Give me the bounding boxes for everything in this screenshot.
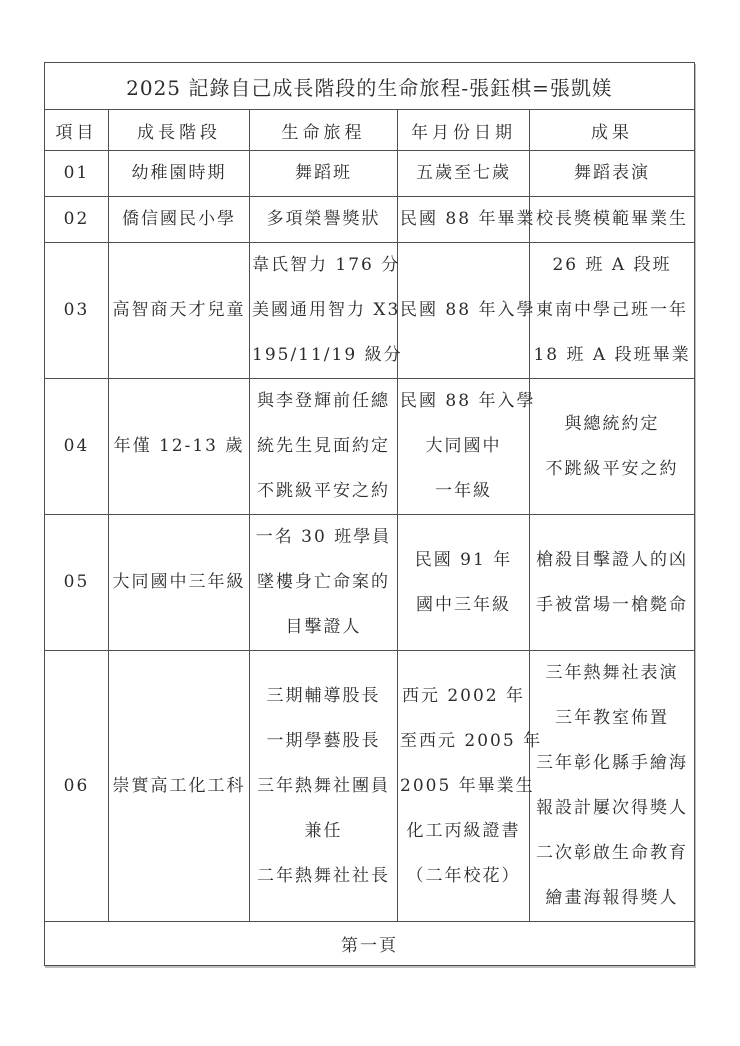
cell-line: 民國 91 年 [400, 538, 527, 583]
cell-journey: 與李登輝前任總統先生見面約定不跳級平安之約 [250, 379, 398, 515]
table-row: 05大同國中三年級一名 30 班學員墜樓身亡命案的目擊證人民國 91 年國中三年… [45, 515, 695, 651]
cell-date: 西元 2002 年至西元 2005 年2005 年畢業生化工丙級證書（二年校花） [398, 651, 530, 922]
table-row: 01幼稚園時期舞蹈班五歲至七歲舞蹈表演 [45, 151, 695, 197]
footer-row: 第一頁 [45, 922, 695, 966]
document-page: 2025 記錄自己成長階段的生命旅程-張鈺棋=張凱媄 項目成長階段生命旅程年月份… [0, 0, 740, 1046]
cell-item: 02 [45, 197, 109, 243]
cell-item: 05 [45, 515, 109, 651]
column-header-date: 年月份日期 [398, 110, 530, 151]
cell-line: 美國通用智力 X3 [252, 288, 395, 333]
cell-line: 三期輔導股長 [252, 674, 395, 719]
cell-result: 26 班 A 段班東南中學己班一年18 班 A 段班畢業 [530, 243, 695, 379]
cell-result: 三年熱舞社表演三年教室佈置三年彰化縣手繪海報設計屢次得獎人二次彰啟生命教育繪畫海… [530, 651, 695, 922]
cell-line: 目擊證人 [252, 605, 395, 650]
table-row: 02僑信國民小學多項榮譽獎狀民國 88 年畢業校長獎模範畢業生 [45, 197, 695, 243]
cell-stage: 僑信國民小學 [109, 197, 250, 243]
cell-line: 五歲至七歲 [400, 151, 527, 196]
cell-line: 槍殺目擊證人的凶 [532, 538, 692, 583]
cell-stage: 高智商天才兒童 [109, 243, 250, 379]
cell-result: 舞蹈表演 [530, 151, 695, 197]
cell-line: 二次彰啟生命教育 [532, 831, 692, 876]
cell-item: 01 [45, 151, 109, 197]
cell-line: 三年熱舞社表演 [532, 651, 692, 696]
cell-line: 01 [47, 151, 106, 196]
cell-result: 槍殺目擊證人的凶手被當場一槍斃命 [530, 515, 695, 651]
cell-line: 03 [47, 288, 106, 333]
cell-line: 02 [47, 197, 106, 242]
cell-line: 化工丙級證書 [400, 809, 527, 854]
cell-line: （二年校花） [400, 854, 527, 899]
cell-line: 國中三年級 [400, 583, 527, 628]
growth-journey-table: 2025 記錄自己成長階段的生命旅程-張鈺棋=張凱媄 項目成長階段生命旅程年月份… [44, 62, 695, 966]
cell-journey: 多項榮譽獎狀 [250, 197, 398, 243]
cell-line: 墜樓身亡命案的 [252, 560, 395, 605]
cell-line: 195/11/19 級分 [252, 333, 395, 378]
cell-line: 韋氏智力 176 分 [252, 243, 395, 288]
cell-line: 不跳級平安之約 [532, 447, 692, 492]
cell-line: 一年級 [400, 469, 527, 514]
cell-journey: 韋氏智力 176 分美國通用智力 X3195/11/19 級分 [250, 243, 398, 379]
cell-line: 民國 88 年畢業 [400, 197, 527, 242]
cell-line: 報設計屢次得獎人 [532, 786, 692, 831]
cell-line: 大同國中 [400, 424, 527, 469]
table-row: 03高智商天才兒童韋氏智力 176 分美國通用智力 X3195/11/19 級分… [45, 243, 695, 379]
cell-line: 2005 年畢業生 [400, 764, 527, 809]
cell-line: 不跳級平安之約 [252, 469, 395, 514]
cell-line: 年僅 12-13 歲 [111, 424, 247, 469]
cell-date: 民國 91 年國中三年級 [398, 515, 530, 651]
cell-line: 手被當場一槍斃命 [532, 583, 692, 628]
cell-line: 06 [47, 764, 106, 809]
cell-line: 一期學藝股長 [252, 719, 395, 764]
cell-stage: 幼稚園時期 [109, 151, 250, 197]
cell-line: 至西元 2005 年 [400, 719, 527, 764]
table-row: 04年僅 12-13 歲與李登輝前任總統先生見面約定不跳級平安之約民國 88 年… [45, 379, 695, 515]
cell-line: 舞蹈表演 [532, 151, 692, 196]
cell-line: 04 [47, 424, 106, 469]
cell-line: 與總統約定 [532, 402, 692, 447]
cell-line: 舞蹈班 [252, 151, 395, 196]
cell-line: 僑信國民小學 [111, 197, 247, 242]
cell-result: 與總統約定不跳級平安之約 [530, 379, 695, 515]
cell-line: 繪畫海報得獎人 [532, 876, 692, 921]
cell-item: 03 [45, 243, 109, 379]
cell-line: 三年教室佈置 [532, 696, 692, 741]
cell-line: 三年彰化縣手繪海 [532, 741, 692, 786]
cell-journey: 三期輔導股長一期學藝股長三年熱舞社團員兼任二年熱舞社社長 [250, 651, 398, 922]
cell-line: 與李登輝前任總 [252, 379, 395, 424]
cell-line: 三年熱舞社團員 [252, 764, 395, 809]
cell-line: 民國 88 年入學 [400, 379, 527, 424]
cell-line: 05 [47, 560, 106, 605]
cell-line: 二年熱舞社社長 [252, 854, 395, 899]
column-header-stage: 成長階段 [109, 110, 250, 151]
column-header-result: 成果 [530, 110, 695, 151]
cell-result: 校長獎模範畢業生 [530, 197, 695, 243]
cell-line: 一名 30 班學員 [252, 515, 395, 560]
cell-line: 大同國中三年級 [111, 560, 247, 605]
cell-line: 幼稚園時期 [111, 151, 247, 196]
cell-stage: 崇實高工化工科 [109, 651, 250, 922]
title-row: 2025 記錄自己成長階段的生命旅程-張鈺棋=張凱媄 [45, 63, 695, 110]
cell-line: 多項榮譽獎狀 [252, 197, 395, 242]
cell-line: 統先生見面約定 [252, 424, 395, 469]
cell-line: 26 班 A 段班 [532, 243, 692, 288]
table-row: 06崇實高工化工科三期輔導股長一期學藝股長三年熱舞社團員兼任二年熱舞社社長西元 … [45, 651, 695, 922]
cell-date: 民國 88 年入學 [398, 243, 530, 379]
cell-journey: 一名 30 班學員墜樓身亡命案的目擊證人 [250, 515, 398, 651]
cell-line: 西元 2002 年 [400, 674, 527, 719]
column-header-item: 項目 [45, 110, 109, 151]
cell-line: 崇實高工化工科 [111, 764, 247, 809]
cell-item: 04 [45, 379, 109, 515]
cell-date: 民國 88 年畢業 [398, 197, 530, 243]
cell-line: 高智商天才兒童 [111, 288, 247, 333]
cell-date: 民國 88 年入學大同國中一年級 [398, 379, 530, 515]
cell-line: 18 班 A 段班畢業 [532, 333, 692, 378]
column-header-journey: 生命旅程 [250, 110, 398, 151]
header-row: 項目成長階段生命旅程年月份日期成果 [45, 110, 695, 151]
page-footer: 第一頁 [45, 922, 695, 966]
document-title: 2025 記錄自己成長階段的生命旅程-張鈺棋=張凱媄 [45, 63, 695, 110]
cell-stage: 大同國中三年級 [109, 515, 250, 651]
cell-stage: 年僅 12-13 歲 [109, 379, 250, 515]
cell-line: 校長獎模範畢業生 [532, 197, 692, 242]
cell-line: 兼任 [252, 809, 395, 854]
cell-line: 東南中學己班一年 [532, 288, 692, 333]
cell-journey: 舞蹈班 [250, 151, 398, 197]
cell-line: 民國 88 年入學 [400, 288, 527, 333]
cell-item: 06 [45, 651, 109, 922]
cell-date: 五歲至七歲 [398, 151, 530, 197]
